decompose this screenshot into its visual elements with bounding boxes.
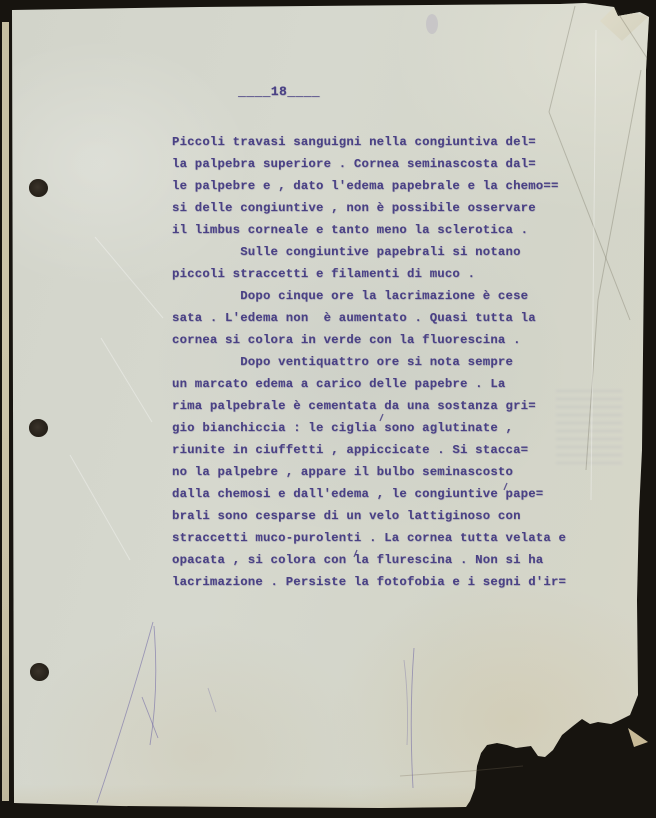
paper-sheet: ____18____ Piccoli travasi sanguigni nel… [0, 0, 656, 818]
punch-hole [29, 419, 48, 437]
typewritten-line: rima palpebrale è cementata da una sosta… [172, 395, 572, 417]
typewritten-line: Sulle congiuntive papebrali si notano [172, 241, 572, 263]
typewritten-line: lacrimazione . Persiste la fotofobia e i… [172, 571, 572, 593]
typewritten-line: le palpebre e , dato l'edema papebrale e… [172, 175, 572, 197]
typewritten-line: sata . L'edema non è aumentato . Quasi t… [172, 307, 572, 329]
typewritten-line: Dopo cinque ore la lacrimazione è cese [172, 285, 572, 307]
typewritten-line: la palpebra superiore . Cornea seminasco… [172, 153, 572, 175]
typewritten-line: opacata , si colora con la flurescina . … [172, 549, 572, 571]
torn-paper-scrap [626, 726, 650, 748]
typewritten-line: Piccoli travasi sanguigni nella congiunt… [172, 131, 572, 153]
typewritten-line: riunite in ciuffetti , appiccicate . Si … [172, 439, 572, 461]
underlying-page-edge [2, 22, 9, 801]
scanned-document-page: ____18____ Piccoli travasi sanguigni nel… [0, 0, 656, 818]
typewritten-line: cornea si colora in verde con la fluores… [172, 329, 572, 351]
typewritten-line: dalla chemosi e dall'edema , le congiunt… [172, 483, 572, 505]
typewritten-line: piccoli straccetti e filamenti di muco . [172, 263, 572, 285]
ink-bleed-ghost [556, 388, 622, 464]
typewritten-line: un marcato edema a carico delle papebre … [172, 373, 572, 395]
typewritten-line: straccetti muco-purolenti . La cornea tu… [172, 527, 572, 549]
typewritten-text-block: Piccoli travasi sanguigni nella congiunt… [172, 131, 572, 593]
crumpled-corner [598, 3, 654, 47]
page-number: ____18____ [238, 84, 320, 99]
punch-hole [30, 663, 49, 681]
typewritten-line: gio bianchiccia : le ciglia sono aglutin… [172, 417, 572, 439]
typewritten-line: no la palpebre , appare il bulbo seminas… [172, 461, 572, 483]
punch-hole [29, 179, 48, 197]
typewritten-line: brali sono cesparse di un velo lattigino… [172, 505, 572, 527]
typewritten-line: si delle congiuntive , non è possibile o… [172, 197, 572, 219]
typewritten-line: il limbus corneale e tanto meno la scler… [172, 219, 572, 241]
typewritten-line: Dopo ventiquattro ore si nota sempre [172, 351, 572, 373]
